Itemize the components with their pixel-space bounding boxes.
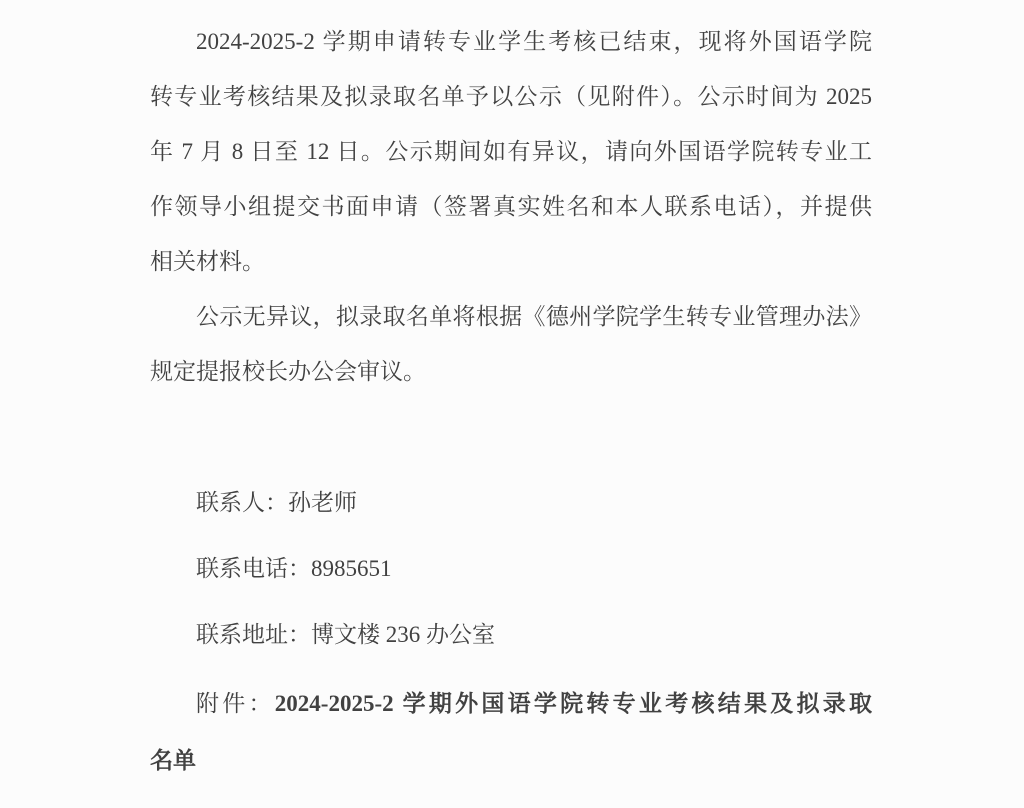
attachment-block: 附件：2024-2025-2 学期外国语学院转专业考核结果及拟录取 名单 bbox=[150, 675, 872, 789]
notice-line: 年 7 月 8 日至 12 日。公示期间如有异议，请向外国语学院转专业工 bbox=[150, 124, 872, 179]
notice-document-page: 2024-2025-2 学期申请转专业学生考核已结束，现将外国语学院 转专业考核… bbox=[0, 0, 1024, 808]
notice-line: 规定提报校长办公会审议。 bbox=[150, 344, 872, 399]
attachment-line: 附件：2024-2025-2 学期外国语学院转专业考核结果及拟录取 bbox=[150, 675, 872, 732]
attachment-label: 附件： bbox=[196, 691, 275, 716]
notice-line: 作领导小组提交书面申请（签署真实姓名和本人联系电话），并提供 bbox=[150, 179, 872, 234]
notice-paragraph-1: 2024-2025-2 学期申请转专业学生考核已结束，现将外国语学院 转专业考核… bbox=[150, 14, 872, 289]
attachment-title: 2024-2025-2 学期外国语学院转专业考核结果及拟录取 bbox=[275, 691, 872, 716]
notice-line: 相关材料。 bbox=[150, 234, 872, 289]
contact-person-line: 联系人：孙老师 bbox=[150, 470, 872, 536]
notice-line: 转专业考核结果及拟录取名单予以公示（见附件）。公示时间为 2025 bbox=[150, 69, 872, 124]
attachment-title-continuation: 名单 bbox=[150, 732, 872, 789]
notice-line: 2024-2025-2 学期申请转专业学生考核已结束，现将外国语学院 bbox=[150, 14, 872, 69]
contact-phone-line: 联系电话：8985651 bbox=[150, 536, 872, 602]
notice-body: 2024-2025-2 学期申请转专业学生考核已结束，现将外国语学院 转专业考核… bbox=[150, 14, 872, 789]
notice-line: 公示无异议，拟录取名单将根据《德州学院学生转专业管理办法》 bbox=[150, 289, 872, 344]
contact-block: 联系人：孙老师 联系电话：8985651 联系地址：博文楼 236 办公室 bbox=[150, 470, 872, 668]
notice-paragraph-2: 公示无异议，拟录取名单将根据《德州学院学生转专业管理办法》 规定提报校长办公会审… bbox=[150, 289, 872, 399]
contact-address-line: 联系地址：博文楼 236 办公室 bbox=[150, 602, 872, 668]
